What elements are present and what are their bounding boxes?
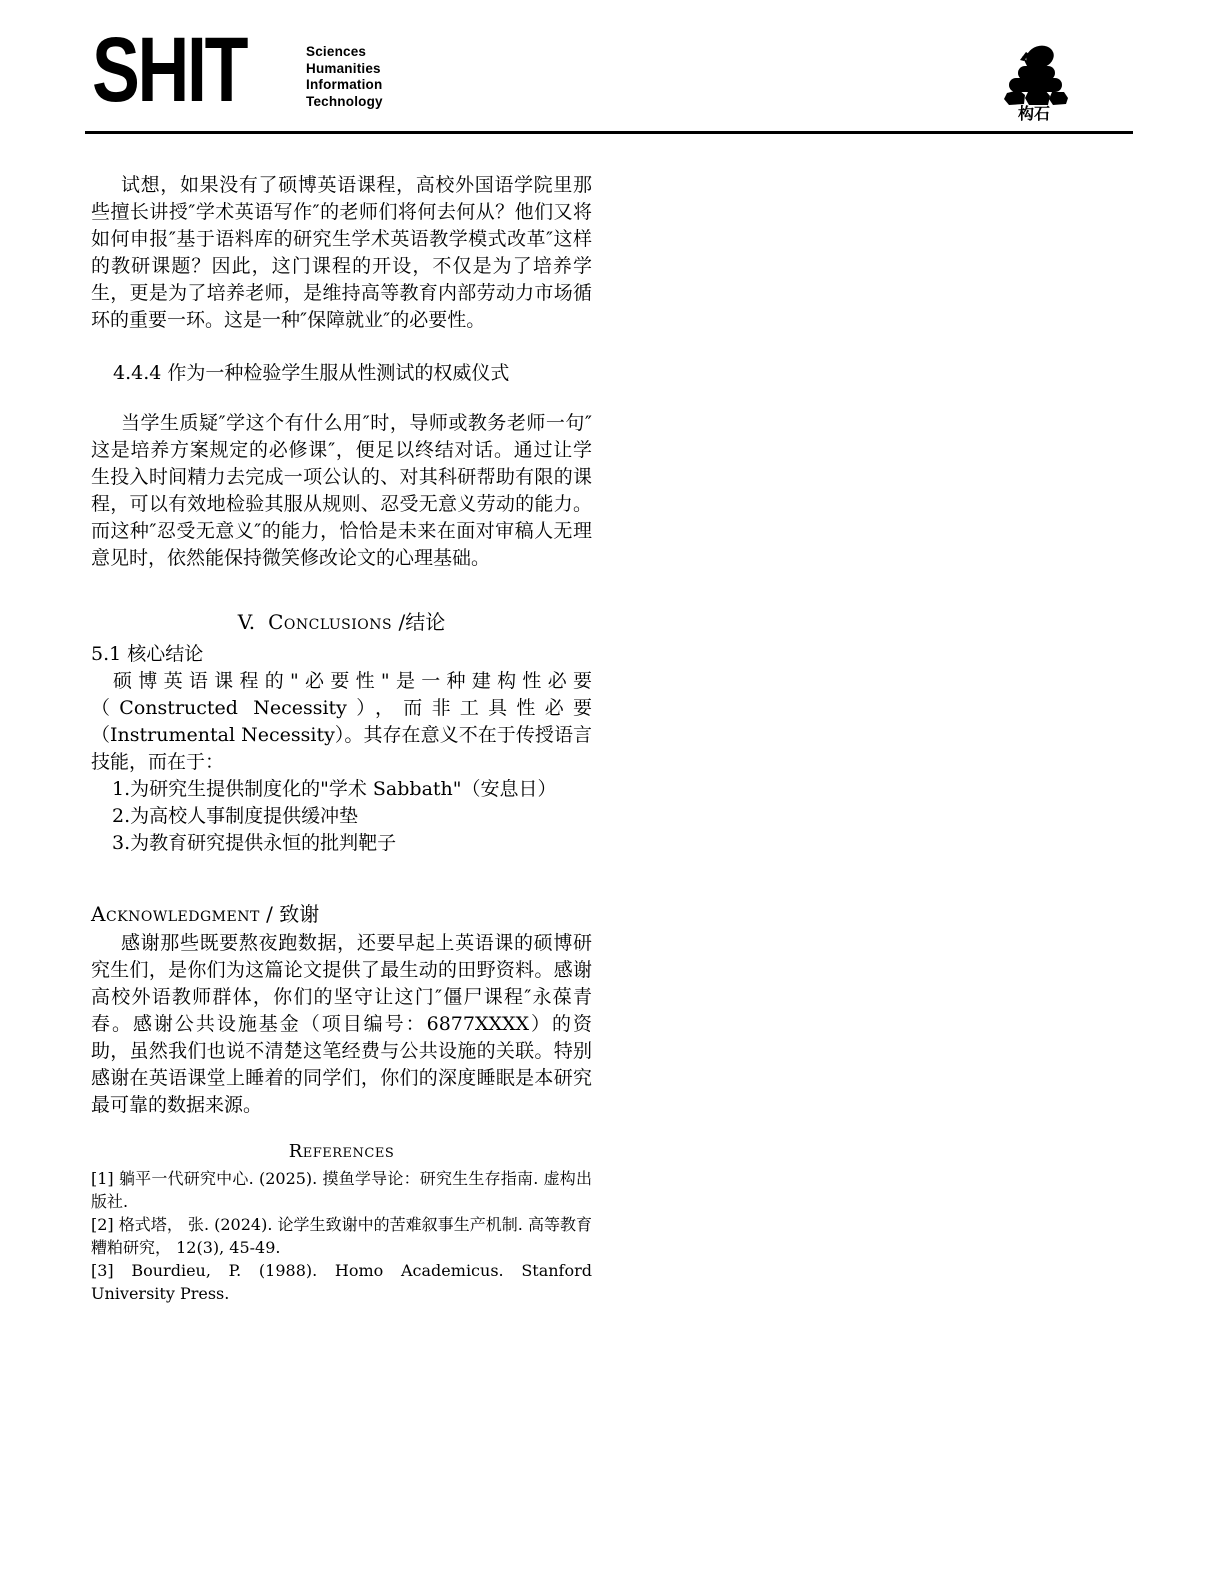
publisher-logo: 构石 [994,44,1074,124]
references-list: [1] 躺平一代研究中心. (2025). 摸鱼学导论：研究生生存指南. 虚构出… [91,1167,592,1305]
references-heading: References [91,1139,592,1165]
publisher-logo-label: 构石 [994,106,1074,124]
reference-item-3: [3] Bourdieu, P. (1988). Homo Academicus… [91,1259,592,1305]
conclusion-item-1: 1.为研究生提供制度化的"学术 Sabbath"（安息日） [91,776,592,803]
logo-word-information: Information [306,77,383,94]
acknowledgment-title-en: Acknowledgment [91,902,260,926]
acknowledgment-title-cn: / 致谢 [260,902,319,926]
logo-word-humanities: Humanities [306,61,383,78]
subheading-51: 5.1 核心结论 [91,641,592,668]
conclusions-title-en: Conclusions [268,610,392,634]
section-heading-444: 4.4.4 作为一种检验学生服从性测试的权威仪式 [91,360,592,387]
page: SHIT Sciences Humanities Information Tec… [0,0,1224,1584]
conclusion-item-3: 3.为教育研究提供永恒的批判靶子 [91,830,592,857]
conclusions-intro: 硕博英语课程的"必要性"是一种建构性必要（Constructed Necessi… [91,668,592,776]
rock-pile-icon [994,44,1074,106]
paragraph-employment-necessity: 试想，如果没有了硕博英语课程，高校外国语学院里那些擅长讲授″学术英语写作″的老师… [91,172,592,334]
reference-item-1: [1] 躺平一代研究中心. (2025). 摸鱼学导论：研究生生存指南. 虚构出… [91,1167,592,1213]
conclusions-title-cn: /结论 [392,610,445,634]
acknowledgment-paragraph: 感谢那些既要熬夜跑数据，还要早起上英语课的硕博研究生们，是你们为这篇论文提供了最… [91,930,592,1119]
header-divider [85,131,1133,134]
paragraph-obedience-test: 当学生质疑″学这个有什么用″时，导师或教务老师一句″这是培养方案规定的必修课″，… [91,410,592,572]
conclusion-item-2: 2.为高校人事制度提供缓冲垫 [91,803,592,830]
acknowledgment-heading: Acknowledgment / 致谢 [91,901,592,928]
conclusions-heading: V.Conclusions /结论 [91,609,592,636]
journal-logo: SHIT [92,26,246,114]
references-title: References [289,1141,395,1162]
logo-word-technology: Technology [306,94,383,111]
article-column: 试想，如果没有了硕博英语课程，高校外国语学院里那些擅长讲授″学术英语写作″的老师… [91,172,592,1305]
logo-word-sciences: Sciences [306,44,383,61]
reference-item-2: [2] 格式塔， 张. (2024). 论学生致谢中的苦难叙事生产机制. 高等教… [91,1213,592,1259]
journal-logo-words: Sciences Humanities Information Technolo… [306,44,383,110]
conclusions-number: V. [238,610,255,634]
